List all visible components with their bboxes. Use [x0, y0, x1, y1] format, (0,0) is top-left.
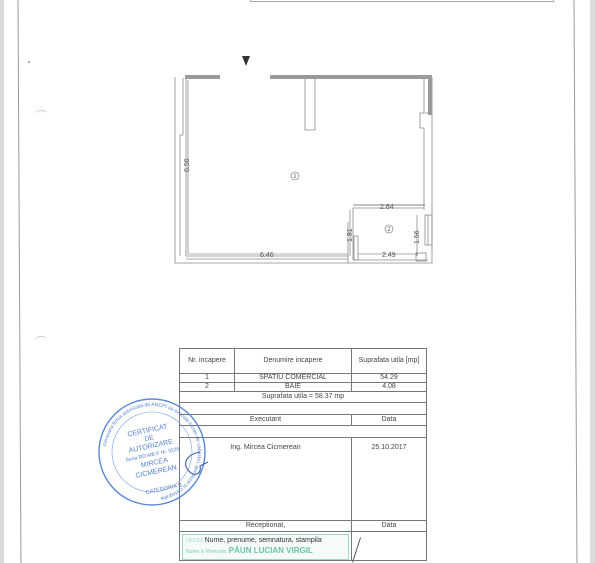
dim-bottom-width: 6.46	[260, 252, 274, 259]
top-box-border	[250, 0, 554, 2]
dim-bathroom-right: 1.56	[414, 230, 421, 244]
table-header-row: Nr. incapere Denumire incapere Suprafata…	[180, 349, 427, 374]
executant-body-row: Ing. Mircea Cicmerean 25.10.2017	[180, 438, 427, 521]
row-nr: 2	[180, 383, 235, 392]
receptionat-green-stamp: OFCS1 Nume, prenume, semnatura, stampila…	[182, 534, 349, 560]
receptionat-fields: Nume, prenume, semnatura, stampila	[205, 537, 322, 544]
room-number-2: 2	[387, 227, 391, 233]
receptionat-header-row: Receptionat, Data	[180, 521, 427, 532]
authorization-stamp: Persoana fizica autorizata de ANCPI sa e…	[96, 396, 208, 508]
total-row: Suprafata utila = 58.37 mp	[180, 392, 427, 403]
punch-hole-mark	[34, 336, 48, 345]
punch-hole-mark	[34, 110, 48, 119]
row-nr: 1	[180, 374, 235, 383]
dim-bathroom-bottom: 2.49	[382, 252, 396, 259]
scan-edge-left	[0, 0, 4, 563]
row-area: 54.29	[352, 374, 427, 383]
receptionat-body-row: OFCS1 Nume, prenume, semnatura, stampila…	[180, 532, 427, 561]
scan-edge-right	[590, 0, 595, 563]
dim-bathroom-left: 1.81	[347, 228, 354, 242]
area-table: Nr. incapere Denumire incapere Suprafata…	[179, 348, 427, 561]
table-row: 1 SPATIU COMERCIAL 54.29	[180, 374, 427, 383]
executant-data-label: Data	[352, 415, 427, 426]
floor-plan-drawing: 6.56 6.46 2.64 2.49 1.81 1.56 1 2	[170, 50, 440, 270]
header-area: Suprafata utila [mp]	[352, 349, 427, 374]
row-name: SPATIU COMERCIAL	[235, 374, 352, 383]
blank-row	[180, 403, 427, 415]
executant-date: 25.10.2017	[352, 438, 427, 521]
dim-bathroom-top: 2.64	[380, 204, 394, 211]
total-area: Suprafata utila = 58.37 mp	[180, 392, 427, 403]
scan-dot	[28, 61, 30, 63]
table-row: 2 BAIE 4.08	[180, 383, 427, 392]
header-nr: Nr. incapere	[180, 349, 235, 374]
row-name: BAIE	[235, 383, 352, 392]
receptionat-label: Receptionat,	[180, 521, 352, 532]
header-name: Denumire incapere	[235, 349, 352, 374]
executant-header-row: Executant Data	[180, 415, 427, 426]
room-number-1: 1	[293, 174, 297, 180]
floor-plan: 6.56 6.46 2.64 2.49 1.81 1.56 1 2	[170, 50, 440, 270]
row-area: 4.08	[352, 383, 427, 392]
dim-left-height: 6.56	[184, 158, 191, 172]
triangle-down-icon	[242, 56, 250, 66]
receptionat-name: PĂUN LUCIAN VIRGIL	[229, 546, 313, 555]
receptionat-data-label: Data	[352, 521, 427, 532]
blank-row	[180, 426, 427, 438]
